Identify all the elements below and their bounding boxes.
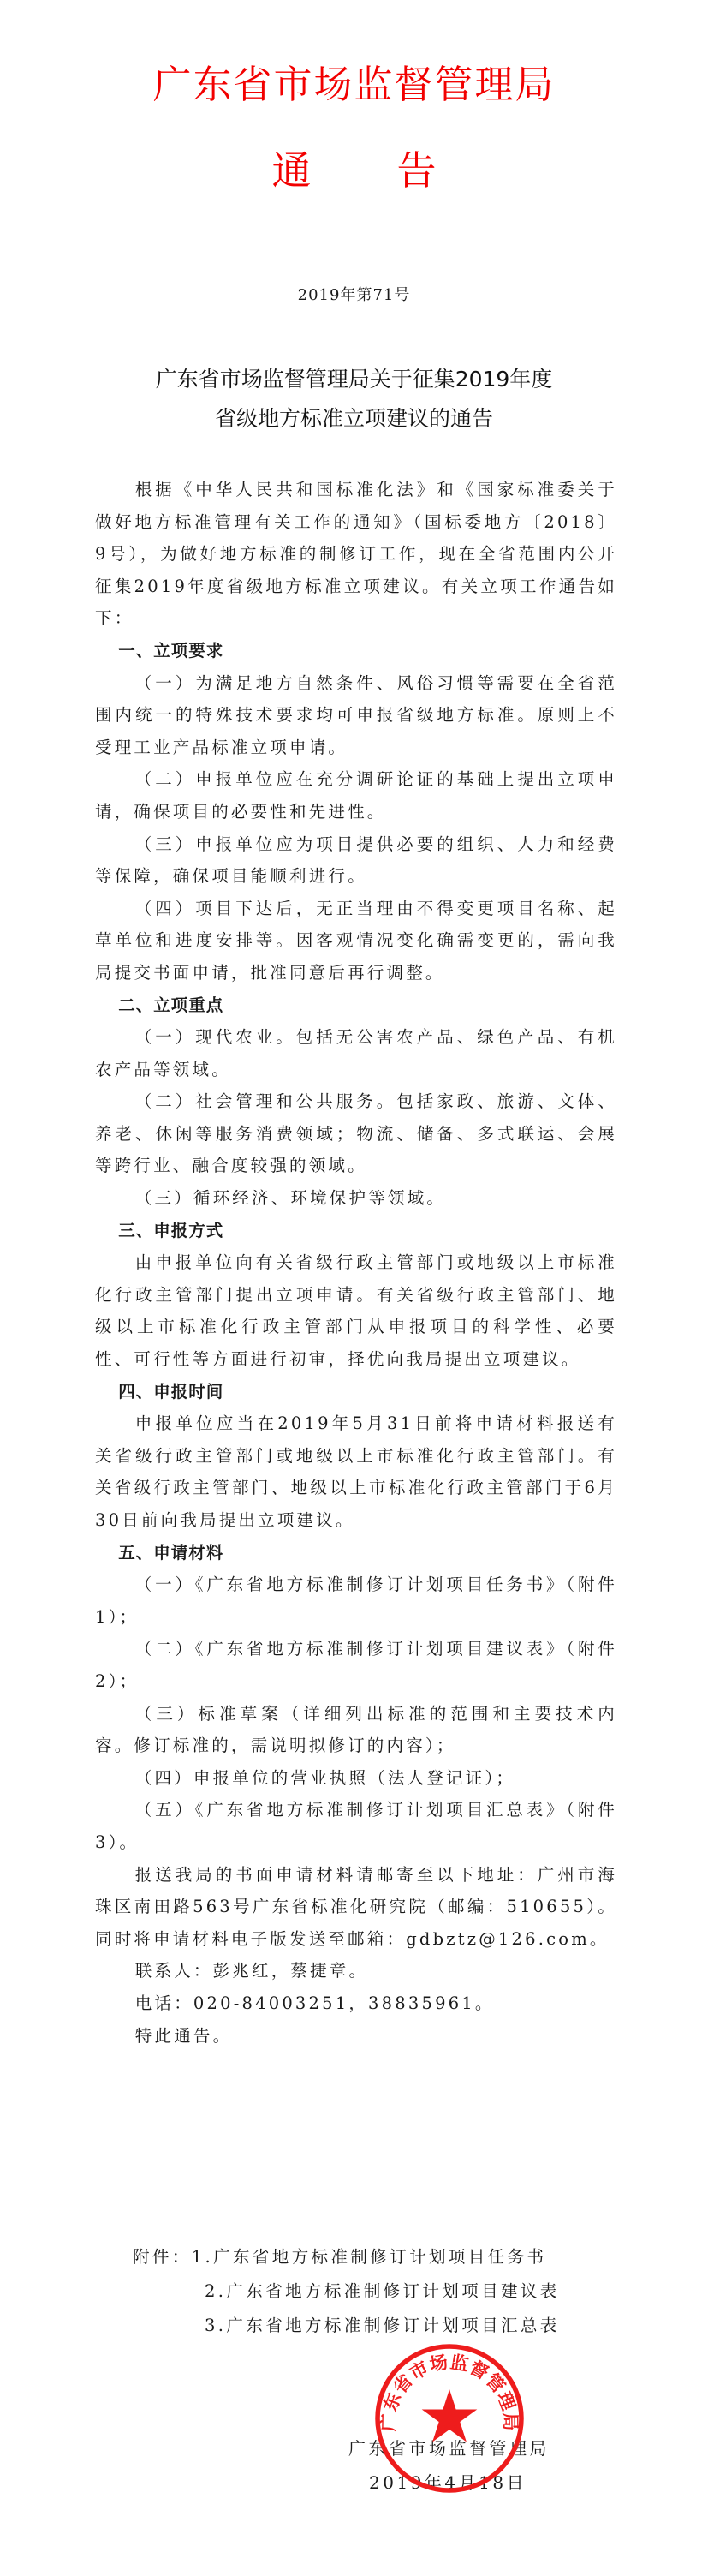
document-number: 2019年第71号 xyxy=(0,283,708,305)
paragraph: （三）申报单位应为项目提供必要的组织、人力和经费等保障，确保项目能顺利进行。 xyxy=(95,828,617,893)
paragraph: 申报单位应当在2019年5月31日前将申请材料报送有关省级行政主管部门或地级以上… xyxy=(95,1408,617,1536)
paragraph: （一）《广东省地方标准制修订计划项目任务书》（附件1）； xyxy=(95,1569,617,1633)
paragraph: 由申报单位向有关省级行政主管部门或地级以上市标准化行政主管部门提出立项申请。有关… xyxy=(95,1246,617,1375)
attachment-item: 附件：1.广东省地方标准制修订计划项目任务书 xyxy=(133,2240,560,2274)
section-heading: 二、立项重点 xyxy=(95,989,617,1022)
paragraph: （四）申报单位的营业执照（法人登记证）； xyxy=(95,1762,617,1795)
attachment-item: 3.广东省地方标准制修订计划项目汇总表 xyxy=(133,2309,560,2343)
paragraph: （三）标准草案（详细列出标准的范围和主要技术内容。修订标准的，需说明拟修订的内容… xyxy=(95,1698,617,1762)
paragraph: （一）现代农业。包括无公害农产品、绿色产品、有机农产品等领域。 xyxy=(95,1021,617,1085)
mailing-address-paragraph: 报送我局的书面申请材料请邮寄至以下地址：广州市海珠区南田路563号广东省标准化研… xyxy=(95,1859,617,1956)
attachment-item: 2.广东省地方标准制修订计划项目建议表 xyxy=(133,2274,560,2309)
notice-heading: 通告 xyxy=(0,140,708,196)
paragraph: （四）项目下达后，无正当理由不得变更项目名称、起草单位和进度安排等。因客观情况变… xyxy=(95,893,617,989)
paragraph: （三）循环经济、环境保护等领域。 xyxy=(95,1182,617,1215)
attachments-label: 附件： xyxy=(133,2247,192,2267)
document-body: 根据《中华人民共和国标准化法》和《国家标准委关于做好地方标准管理有关工作的通知》… xyxy=(95,474,617,2052)
notice-char-1: 通 xyxy=(272,140,312,196)
paragraph: （二）社会管理和公共服务。包括家政、旅游、文体、养老、休闲等服务消费领域；物流、… xyxy=(95,1085,617,1182)
attachments-list: 附件：1.广东省地方标准制修订计划项目任务书 2.广东省地方标准制修订计划项目建… xyxy=(133,2240,560,2343)
issuing-org-header: 广东省市场监督管理局 xyxy=(0,53,708,109)
paragraph: （五）《广东省地方标准制修订计划项目汇总表》（附件3）。 xyxy=(95,1794,617,1858)
star-icon xyxy=(422,2389,478,2442)
section-heading: 三、申报方式 xyxy=(95,1215,617,1247)
official-seal-icon: 广东省市场监督管理局 xyxy=(372,2341,527,2495)
section-heading: 五、申请材料 xyxy=(95,1537,617,1569)
paragraph: （一）为满足地方自然条件、风俗习惯等需要在全省范围内统一的特殊技术要求均可申报省… xyxy=(95,667,617,764)
closing-line: 特此通告。 xyxy=(95,2020,617,2053)
paragraph: （二）《广东省地方标准制修订计划项目建议表》（附件2）； xyxy=(95,1633,617,1697)
title-line-1: 广东省市场监督管理局关于征集2019年度 xyxy=(0,360,708,399)
intro-paragraph: 根据《中华人民共和国标准化法》和《国家标准委关于做好地方标准管理有关工作的通知》… xyxy=(95,474,617,635)
section-heading: 一、立项要求 xyxy=(95,635,617,667)
contact-phone: 电话：020-84003251，38835961。 xyxy=(95,1987,617,2020)
contact-person: 联系人：彭兆红，蔡捷章。 xyxy=(95,1955,617,1987)
paragraph: （二）申报单位应在充分调研论证的基础上提出立项申请，确保项目的必要性和先进性。 xyxy=(95,763,617,828)
document-title: 广东省市场监督管理局关于征集2019年度 省级地方标准立项建议的通告 xyxy=(0,360,708,439)
section-heading: 四、申报时间 xyxy=(95,1376,617,1408)
notice-char-2: 告 xyxy=(397,140,437,196)
title-line-2: 省级地方标准立项建议的通告 xyxy=(0,399,708,439)
notice-document: 广东省市场监督管理局 通告 2019年第71号 广东省市场监督管理局关于征集20… xyxy=(0,0,708,2576)
